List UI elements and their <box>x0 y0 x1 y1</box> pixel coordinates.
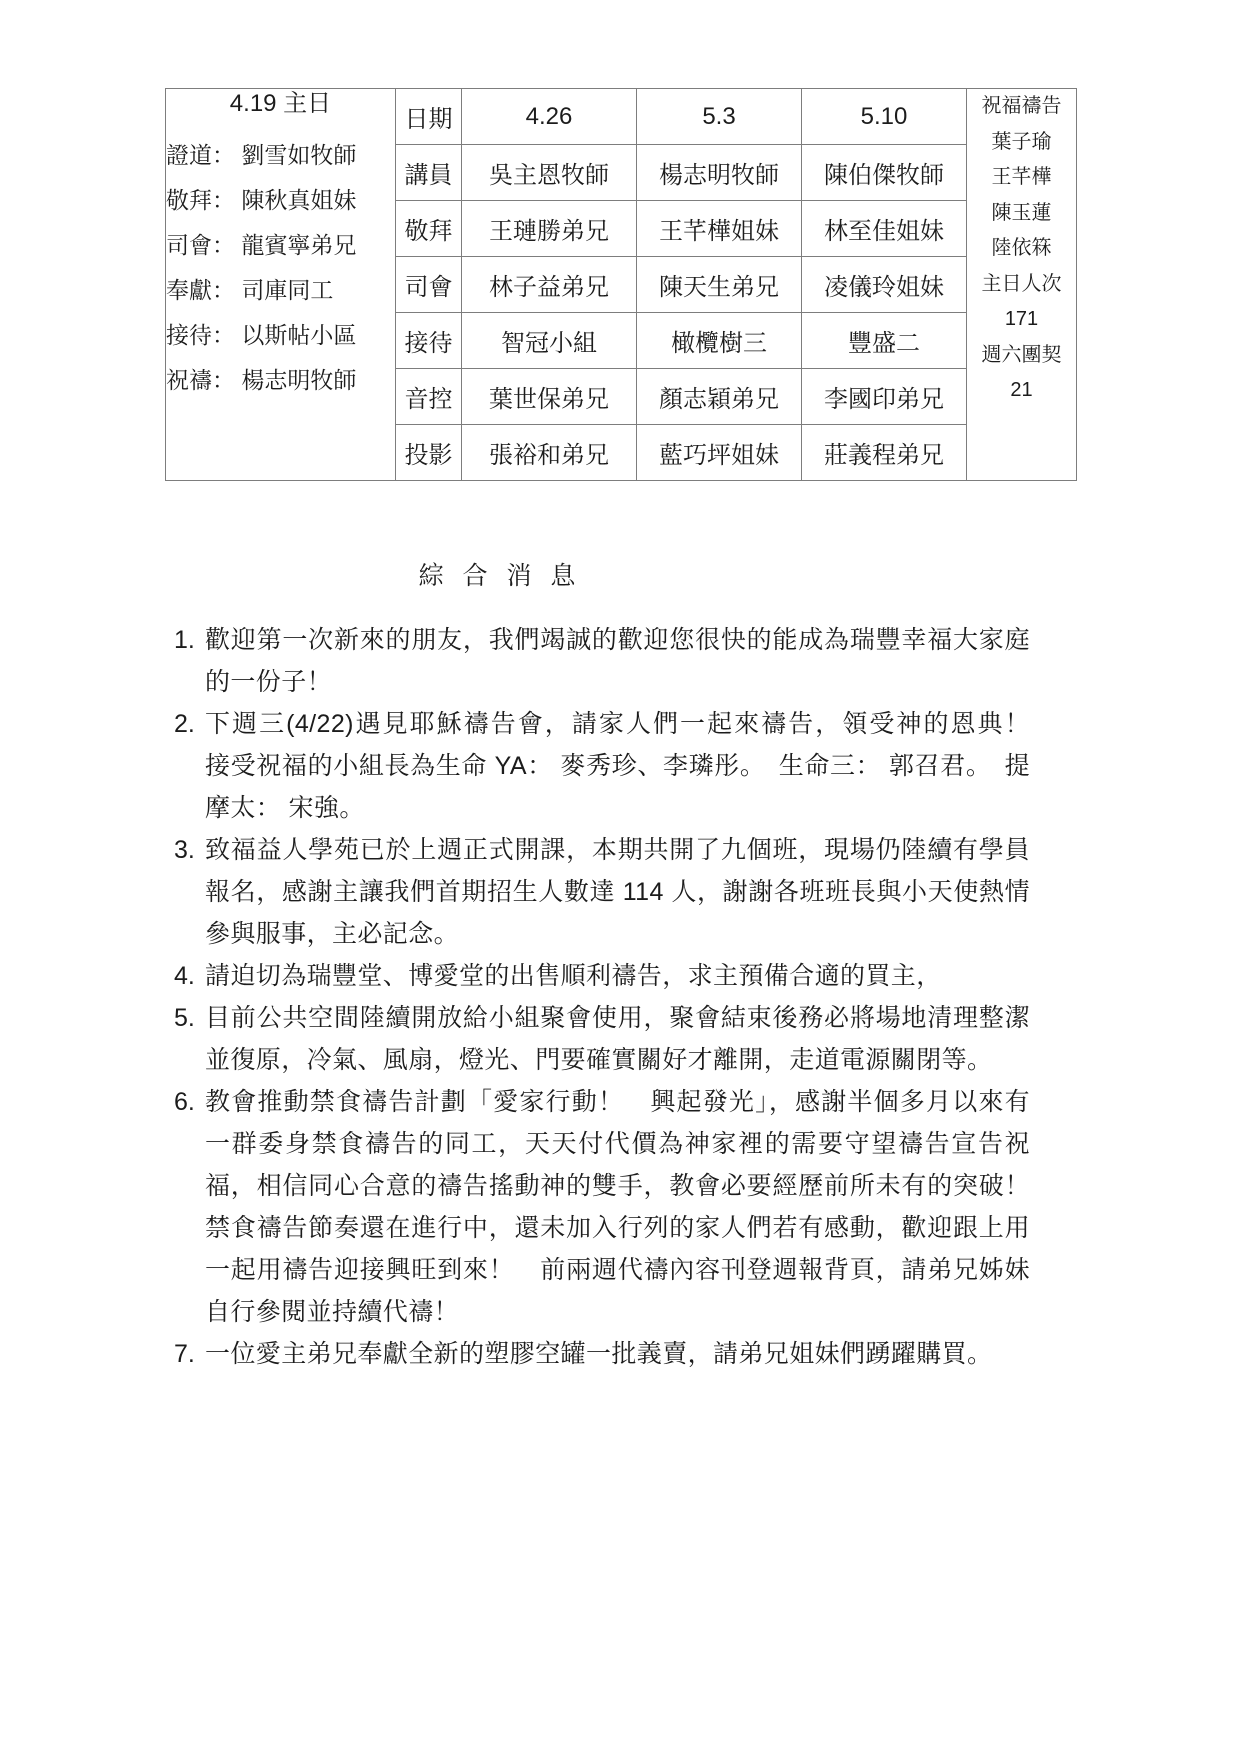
date-cell: 5.3 <box>637 89 802 145</box>
stats-line: 葉子瑜 <box>967 125 1076 161</box>
news-item-text: 下週三(4/22)遇見耶穌禱告會，請家人們一起來禱告，領受神的恩典！ 接受祝福的… <box>205 710 1055 822</box>
news-item-text: 歡迎第一次新來的朋友，我們竭誠的歡迎您很快的能成為瑞豐幸福大家庭的一份子！ <box>205 626 1030 696</box>
row-label: 司會 <box>396 257 462 313</box>
schedule-cell: 陳伯傑牧師 <box>802 145 967 201</box>
schedule-cell: 張裕和弟兄 <box>462 425 637 481</box>
schedule-cell: 顏志穎弟兄 <box>637 369 802 425</box>
summary-line: 證道： 劉雪如牧師 <box>166 133 395 178</box>
stats-line: 陳玉蓮 <box>967 196 1076 232</box>
schedule-cell: 藍巧坪姐妹 <box>637 425 802 481</box>
table-row: 4.19 主日 證道： 劉雪如牧師 敬拜： 陳秋真姐妹 司會： 龍賓寧弟兄 奉獻… <box>166 89 1077 145</box>
stats-line: 祝福禱告 <box>967 89 1076 125</box>
news-item: 4. 請迫切為瑞豐堂、博愛堂的出售順利禱告，求主預備合適的買主， <box>150 955 1030 997</box>
news-section-title: 綜 合 消 息 <box>150 560 850 593</box>
news-item-number: 3. <box>174 829 195 871</box>
schedule-cell: 楊志明牧師 <box>637 145 802 201</box>
stats-line: 171 <box>967 302 1076 338</box>
schedule-cell: 林至佳姐妹 <box>802 201 967 257</box>
row-label-date: 日期 <box>396 89 462 145</box>
row-label: 講員 <box>396 145 462 201</box>
schedule-cell: 莊義程弟兄 <box>802 425 967 481</box>
stats-line: 陸依箖 <box>967 231 1076 267</box>
news-item: 7. 一位愛主弟兄奉獻全新的塑膠空罐一批義賣，請弟兄姐妹們踴躍購買。 <box>150 1333 1030 1375</box>
summary-line: 司會： 龍賓寧弟兄 <box>166 223 395 268</box>
row-label: 投影 <box>396 425 462 481</box>
sunday-summary-cell: 4.19 主日 證道： 劉雪如牧師 敬拜： 陳秋真姐妹 司會： 龍賓寧弟兄 奉獻… <box>166 89 396 481</box>
schedule-table: 4.19 主日 證道： 劉雪如牧師 敬拜： 陳秋真姐妹 司會： 龍賓寧弟兄 奉獻… <box>165 88 1077 481</box>
news-item: 5. 目前公共空間陸續開放給小組聚會使用，聚會結束後務必將場地清理整潔並復原，冷… <box>150 997 1030 1081</box>
schedule-cell: 王璉勝弟兄 <box>462 201 637 257</box>
sunday-summary-title: 4.19 主日 <box>166 89 395 119</box>
summary-line: 祝禱： 楊志明牧師 <box>166 358 395 403</box>
news-list: 1. 歡迎第一次新來的朋友，我們竭誠的歡迎您很快的能成為瑞豐幸福大家庭的一份子！… <box>150 619 1040 1375</box>
schedule-cell: 橄欖樹三 <box>637 313 802 369</box>
news-item-text: 教會推動禁食禱告計劃「愛家行動！ 興起發光」，感謝半個多月以來有一群委身禁食禱告… <box>205 1088 1055 1326</box>
news-item-text: 致福益人學苑已於上週正式開課，本期共開了九個班，現場仍陸續有學員報名，感謝主讓我… <box>205 836 1030 948</box>
news-item: 3. 致福益人學苑已於上週正式開課，本期共開了九個班，現場仍陸續有學員報名，感謝… <box>150 829 1030 955</box>
stats-line: 主日人次 <box>967 267 1076 303</box>
schedule-cell: 李國印弟兄 <box>802 369 967 425</box>
stats-line: 週六團契 <box>967 338 1076 374</box>
schedule-cell: 凌儀玲姐妹 <box>802 257 967 313</box>
schedule-cell: 吳主恩牧師 <box>462 145 637 201</box>
news-item-text: 一位愛主弟兄奉獻全新的塑膠空罐一批義賣，請弟兄姐妹們踴躍購買。 <box>205 1340 992 1368</box>
schedule-cell: 智冠小組 <box>462 313 637 369</box>
summary-line: 接待： 以斯帖小區 <box>166 313 395 358</box>
news-section: 綜 合 消 息 1. 歡迎第一次新來的朋友，我們竭誠的歡迎您很快的能成為瑞豐幸福… <box>150 560 1040 1375</box>
news-item-text: 請迫切為瑞豐堂、博愛堂的出售順利禱告，求主預備合適的買主， <box>205 962 942 990</box>
stats-cell: 祝福禱告 葉子瑜 王芊樺 陳玉蓮 陸依箖 主日人次 171 週六團契 21 <box>967 89 1077 481</box>
schedule-cell: 林子益弟兄 <box>462 257 637 313</box>
summary-line: 奉獻： 司庫同工 <box>166 268 395 313</box>
news-item-text: 目前公共空間陸續開放給小組聚會使用，聚會結束後務必將場地清理整潔並復原，冷氣、風… <box>205 1004 1030 1074</box>
news-item-number: 5. <box>174 997 195 1039</box>
row-label: 音控 <box>396 369 462 425</box>
schedule-cell: 葉世保弟兄 <box>462 369 637 425</box>
news-item-number: 4. <box>174 955 195 997</box>
summary-line: 敬拜： 陳秋真姐妹 <box>166 178 395 223</box>
date-cell: 5.10 <box>802 89 967 145</box>
bulletin-page: 4.19 主日 證道： 劉雪如牧師 敬拜： 陳秋真姐妹 司會： 龍賓寧弟兄 奉獻… <box>0 0 1241 1755</box>
stats-line: 21 <box>967 373 1076 409</box>
news-item: 1. 歡迎第一次新來的朋友，我們竭誠的歡迎您很快的能成為瑞豐幸福大家庭的一份子！ <box>150 619 1030 703</box>
news-item-number: 6. <box>174 1081 195 1123</box>
news-item: 2. 下週三(4/22)遇見耶穌禱告會，請家人們一起來禱告，領受神的恩典！ 接受… <box>150 703 1030 829</box>
schedule-cell: 王芊樺姐妹 <box>637 201 802 257</box>
stats-line: 王芊樺 <box>967 160 1076 196</box>
news-item-number: 7. <box>174 1333 195 1375</box>
row-label: 敬拜 <box>396 201 462 257</box>
schedule-cell: 陳天生弟兄 <box>637 257 802 313</box>
schedule-cell: 豐盛二 <box>802 313 967 369</box>
news-item-number: 1. <box>174 619 195 661</box>
news-item-number: 2. <box>174 703 195 745</box>
date-cell: 4.26 <box>462 89 637 145</box>
row-label: 接待 <box>396 313 462 369</box>
news-item: 6. 教會推動禁食禱告計劃「愛家行動！ 興起發光」，感謝半個多月以來有一群委身禁… <box>150 1081 1030 1333</box>
